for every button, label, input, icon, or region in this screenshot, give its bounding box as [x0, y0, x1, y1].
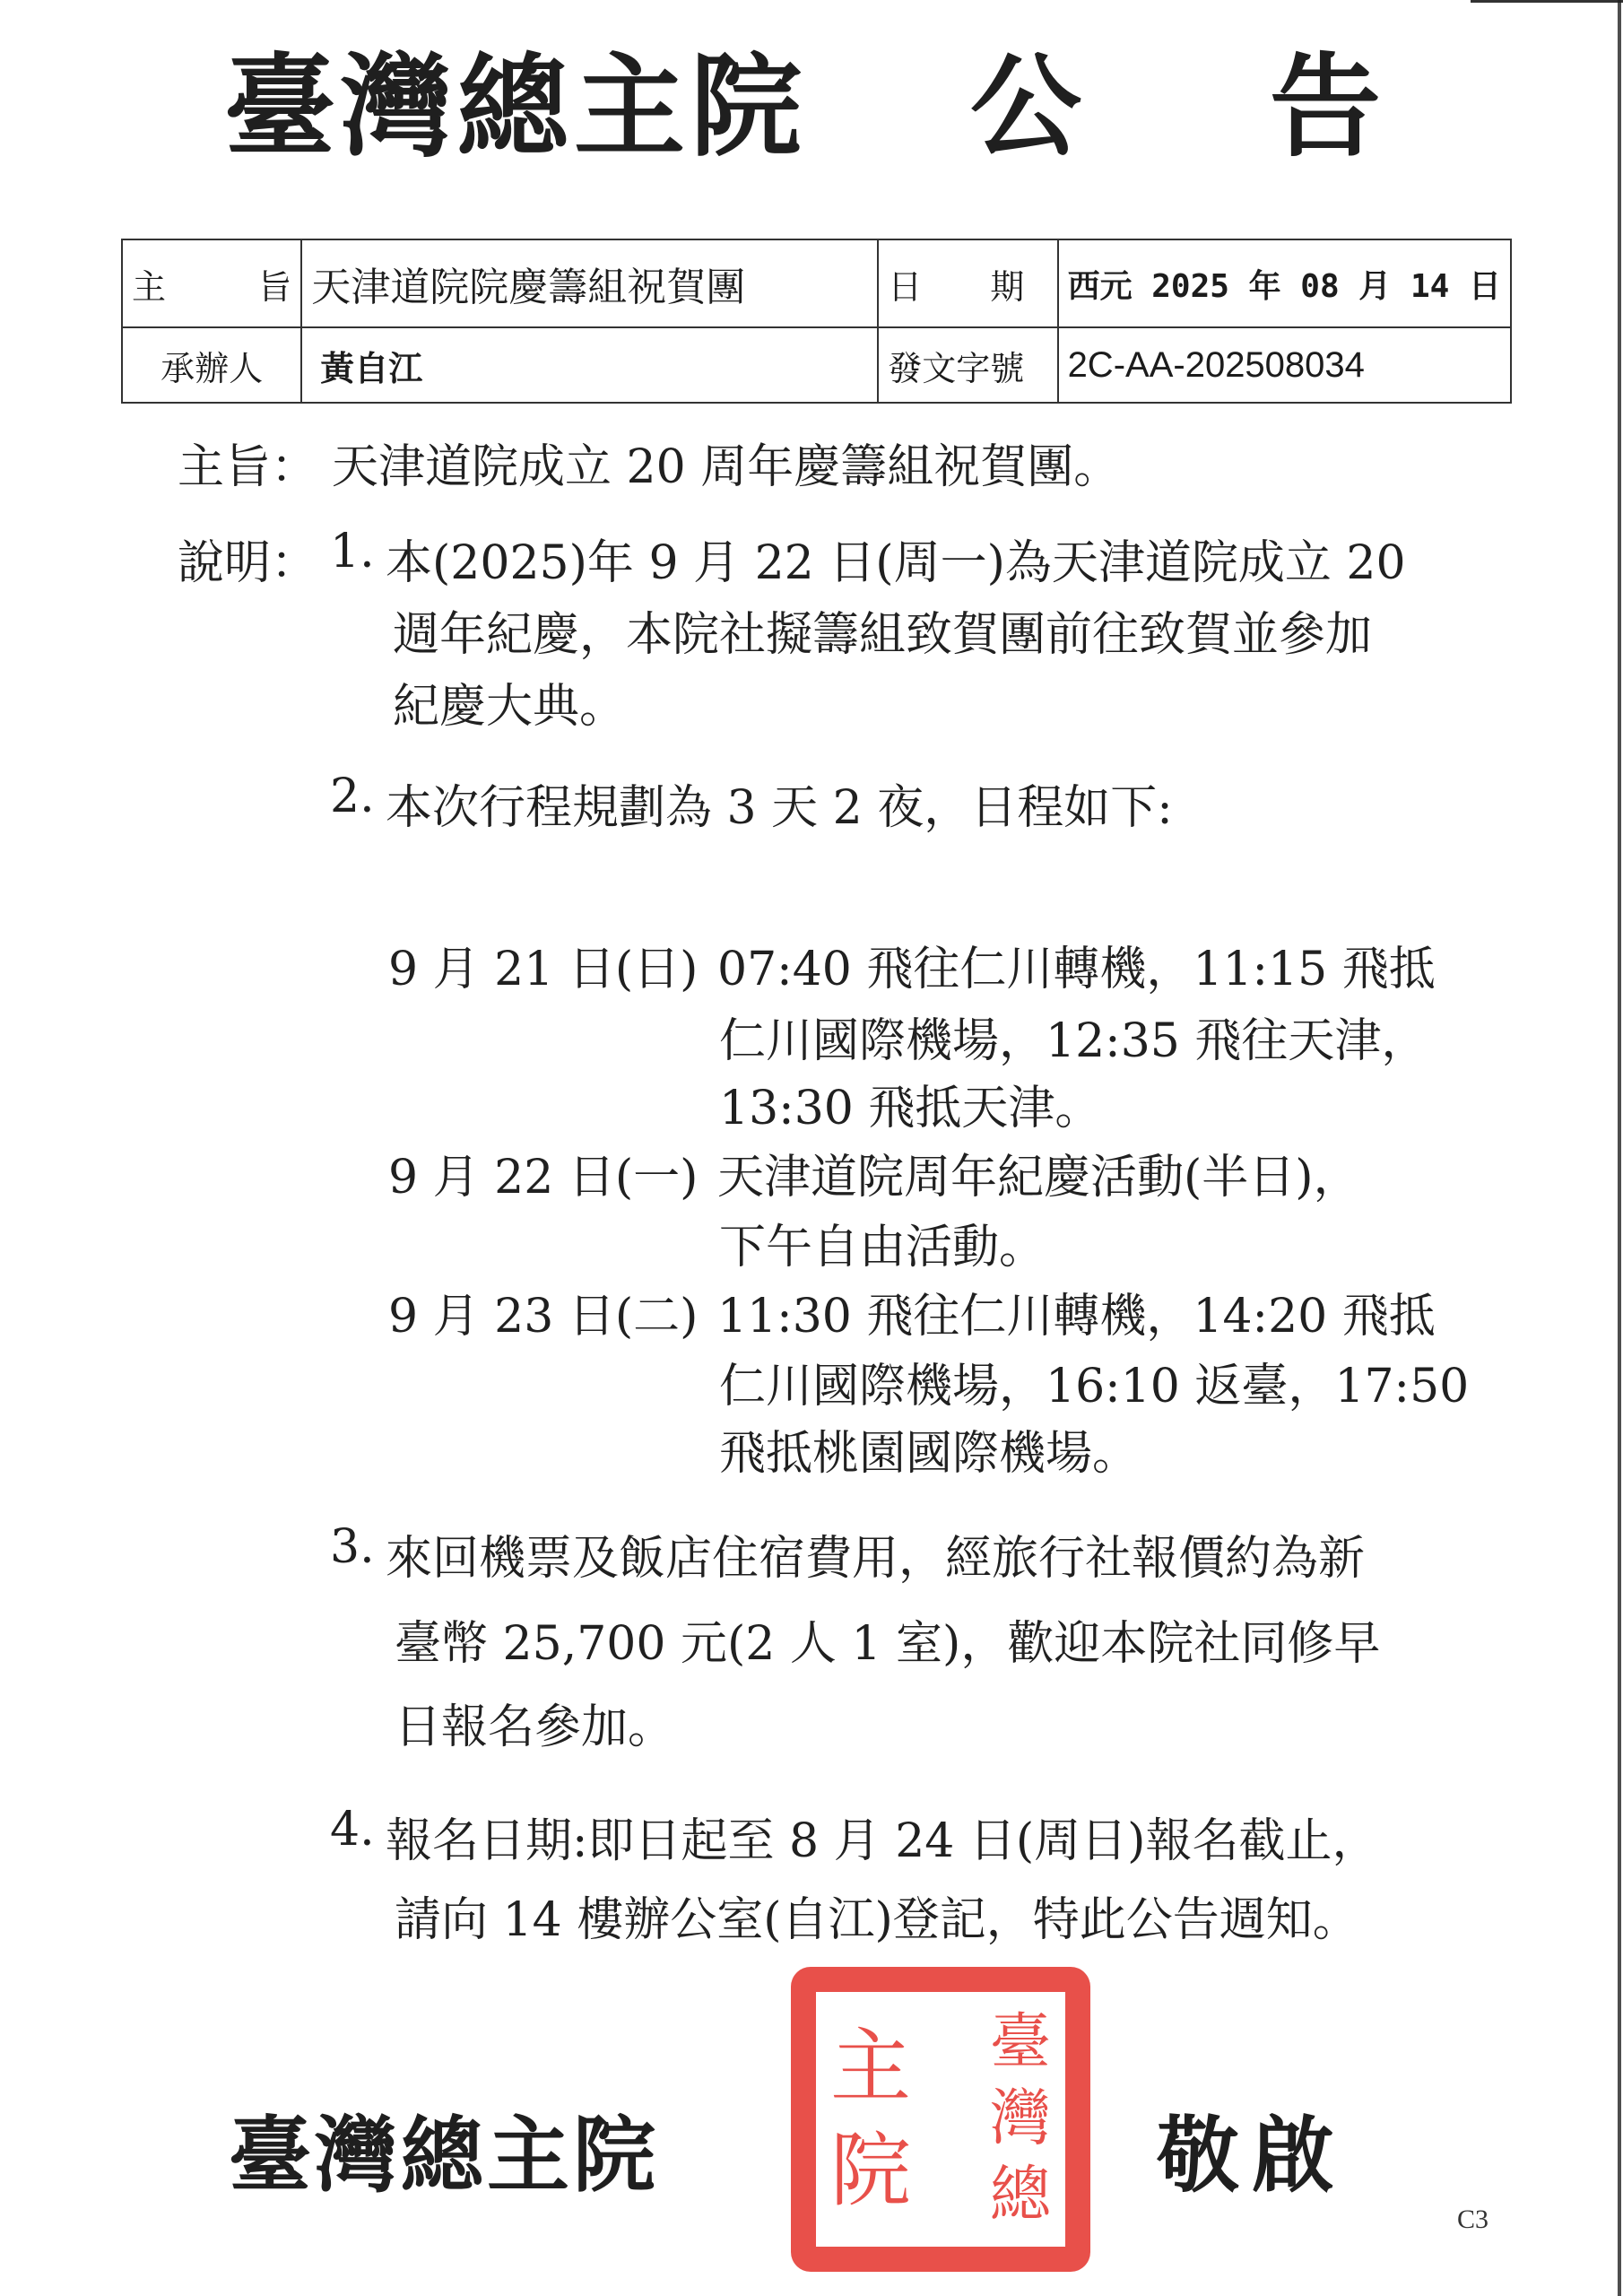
seal-char: 主 [830, 2027, 911, 2108]
item-line: 請向 14 樓辦公室(自江)登記，特此公告週知。 [395, 1882, 1359, 1949]
schedule-line: 11:30 飛往仁川轉機，14:20 飛抵 [717, 1278, 1436, 1345]
schedule-date: 9 月 23 日(二) [388, 1278, 698, 1345]
doc-number-label: 發文字號 [878, 327, 1057, 403]
item-line: 本(2025)年 9 月 22 日(周一)為天津道院成立 20 [386, 525, 1406, 592]
meta-row-1: 主 旨 天津道院院慶籌組祝賀團 日 期 西元 2025 年 08 月 14 日 [122, 239, 1511, 327]
seal-right-column: 臺 灣 總 [990, 2005, 1051, 2234]
schedule-line: 仁川國際機場，12:35 飛往天津， [719, 1003, 1428, 1070]
subject-value: 天津道院院慶籌組祝賀團 [301, 239, 878, 327]
item-number: 1. [330, 525, 375, 578]
meta-row-2: 承辦人 黃自江 發文字號 2C-AA-202508034 [122, 327, 1511, 403]
item-line: 紀慶大典。 [393, 668, 626, 735]
footer-org: 臺灣總主院 [229, 2090, 659, 2208]
date-label: 日 期 [878, 239, 1057, 327]
explanation-label: 說明： [178, 525, 317, 592]
schedule-line: 下午自由活動。 [719, 1209, 1046, 1276]
seal-char: 臺 [990, 2013, 1051, 2074]
title-kind: 公 告 [970, 36, 1381, 179]
title-kind-char: 公 [970, 36, 1081, 179]
item-number: 3. [330, 1520, 375, 1574]
subject-line-label: 主旨： [178, 429, 317, 496]
date-value: 西元 2025 年 08 月 14 日 [1058, 239, 1511, 327]
schedule-date: 9 月 21 日(日) [388, 931, 698, 998]
item-line: 本次行程規劃為 3 天 2 夜，日程如下: [386, 770, 1173, 837]
schedule-line: 天津道院周年紀慶活動(半日)， [717, 1139, 1360, 1206]
meta-table: 主 旨 天津道院院慶籌組祝賀團 日 期 西元 2025 年 08 月 14 日 … [121, 239, 1512, 404]
seal-left-column: 主 院 [830, 2005, 911, 2234]
seal-char: 灣 [990, 2089, 1051, 2150]
schedule-line: 仁川國際機場，16:10 返臺，17:50 [719, 1348, 1469, 1415]
item-number: 4. [330, 1803, 375, 1857]
item-line: 臺幣 25,700 元(2 人 1 室)，歡迎本院社同修早 [395, 1605, 1380, 1673]
handler-value: 黃自江 [301, 327, 878, 403]
scan-edge-top [1471, 0, 1623, 3]
seal-char: 總 [990, 2165, 1051, 2226]
schedule-line: 07:40 飛往仁川轉機，11:15 飛抵 [717, 931, 1436, 998]
document-title: 臺灣總主院 公 告 [224, 36, 1408, 179]
handler-label: 承辦人 [122, 327, 301, 403]
schedule-line: 13:30 飛抵天津。 [719, 1070, 1101, 1137]
schedule-line: 飛抵桃園國際機場。 [719, 1415, 1139, 1483]
item-line: 週年紀慶，本院社擬籌組致賀團前往致賀並參加 [393, 596, 1372, 664]
subject-label: 主 旨 [122, 239, 301, 327]
title-org: 臺灣總主院 [224, 36, 807, 179]
official-seal: 臺 灣 總 主 院 [791, 1967, 1090, 2272]
schedule-date: 9 月 22 日(一) [388, 1139, 698, 1206]
page-code: C3 [1457, 2205, 1488, 2235]
title-kind-char: 告 [1270, 36, 1381, 179]
item-number: 2. [330, 770, 375, 823]
doc-number-value: 2C-AA-202508034 [1058, 327, 1511, 403]
seal-char: 院 [830, 2131, 911, 2212]
item-line: 報名日期:即日起至 8 月 24 日(周日)報名截止， [386, 1803, 1378, 1870]
footer-closing: 敬啟 [1157, 2090, 1347, 2208]
item-line: 來回機票及飯店住宿費用，經旅行社報價約為新 [386, 1520, 1365, 1587]
item-line: 日報名參加。 [395, 1689, 674, 1756]
scan-edge-right [1618, 0, 1621, 2296]
subject-line-text: 天津道院成立 20 周年慶籌組祝賀團。 [332, 429, 1120, 496]
